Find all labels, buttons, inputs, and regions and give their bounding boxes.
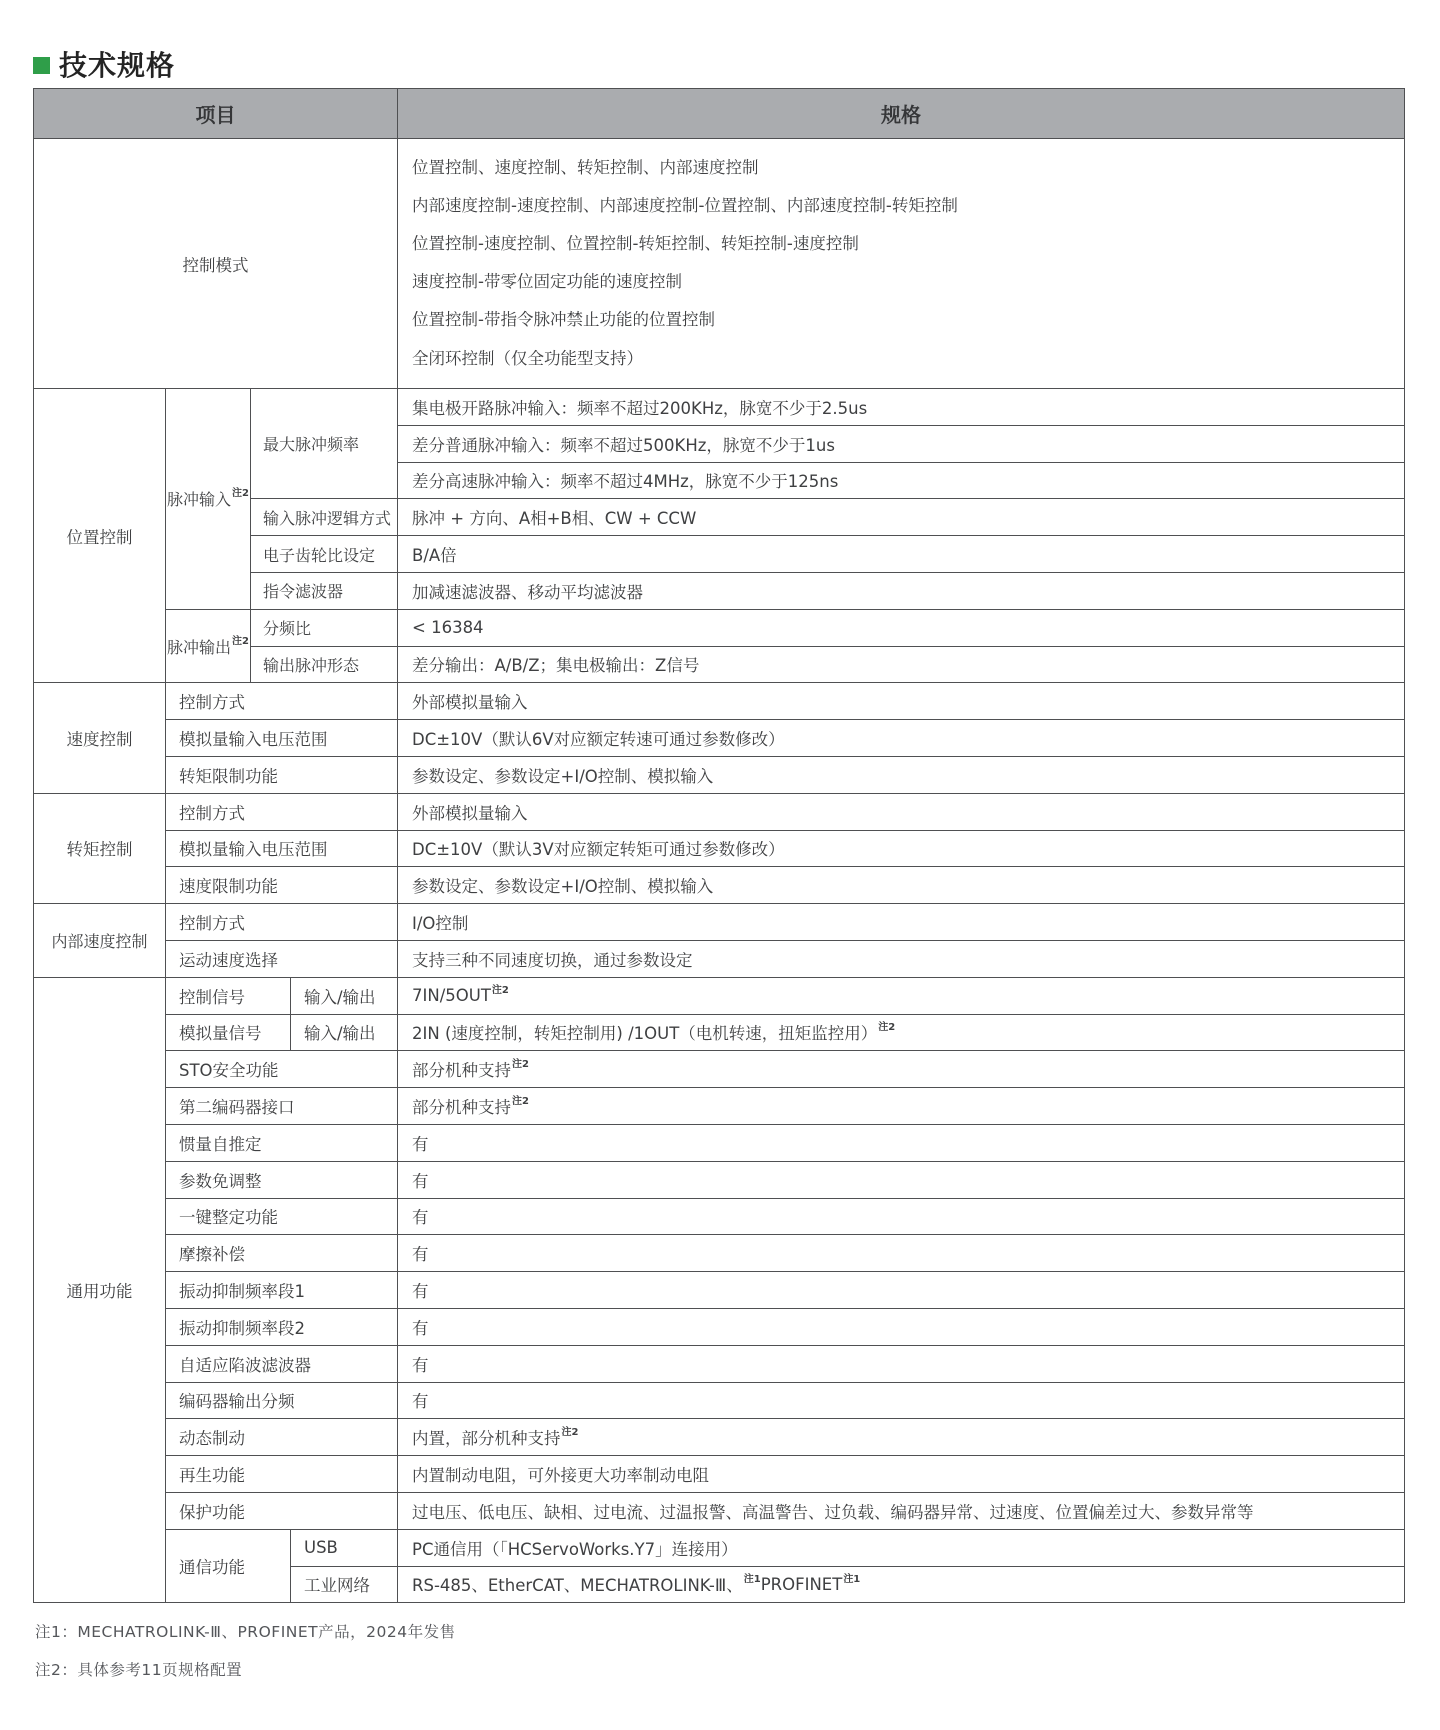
cell-text: 转矩控制 bbox=[67, 836, 133, 860]
cell-text: 部分机种支持 bbox=[412, 1057, 511, 1081]
cell-text: 外部模拟量输入 bbox=[412, 689, 528, 713]
footnote-1: 注1：MECHATROLINK-Ⅲ、PROFINET产品，2024年发售 bbox=[35, 1620, 456, 1642]
cell-text: 转矩限制功能 bbox=[179, 763, 278, 787]
cell-text: 电子齿轮比设定 bbox=[263, 543, 375, 566]
header-item: 项目 bbox=[34, 89, 398, 139]
cell-text: 分频比 bbox=[263, 616, 311, 639]
cell-text: 2IN (速度控制，转矩控制用) /1OUT（电机转速，扭矩监控用） bbox=[412, 1020, 877, 1044]
cell-text: 输入/输出 bbox=[304, 984, 376, 1008]
cell-text: 输入脉冲逻辑方式 bbox=[263, 506, 391, 529]
cell-text: 加减速滤波器、移动平均滤波器 bbox=[412, 579, 643, 603]
note2-sup: 注2 bbox=[232, 632, 249, 647]
cell-text: 工业网络 bbox=[304, 1572, 370, 1596]
general-row-value: 有 bbox=[398, 1272, 1405, 1309]
cell-text: 有 bbox=[412, 1278, 429, 1302]
speed-row-value: 外部模拟量输入 bbox=[398, 683, 1405, 720]
control-signal-value: 7IN/5OUT注2 bbox=[398, 978, 1405, 1015]
internal-speed-row-label: 运动速度选择 bbox=[166, 941, 398, 978]
cell-text: 内部速度控制 bbox=[51, 929, 147, 952]
cell-text: 有 bbox=[412, 1352, 429, 1376]
pulse-logic-value: 脉冲 + 方向、A相+B相、CW + CCW bbox=[398, 499, 1405, 536]
general-row-value: 有 bbox=[398, 1199, 1405, 1236]
cell-text: 有 bbox=[412, 1315, 429, 1339]
internal-speed-row-label: 控制方式 bbox=[166, 904, 398, 941]
control-signal-label: 控制信号 bbox=[166, 978, 291, 1015]
gear-ratio-label: 电子齿轮比设定 bbox=[251, 536, 398, 573]
cell-text: 支持三种不同速度切换，通过参数设定 bbox=[412, 947, 693, 971]
general-row-label: 一键整定功能 bbox=[166, 1199, 398, 1236]
cell-text: 参数设定、参数设定+I/O控制、模拟输入 bbox=[412, 763, 713, 787]
general-row-label: 动态制动 bbox=[166, 1419, 398, 1456]
control-mode-line: 位置控制-带指令脉冲禁止功能的位置控制 bbox=[412, 310, 1404, 331]
general-row-value: 有 bbox=[398, 1309, 1405, 1346]
cell-text: 7IN/5OUT bbox=[412, 986, 491, 1005]
torque-row-label: 控制方式 bbox=[166, 794, 398, 831]
cell-text: 过电压、低电压、缺相、过电流、过温报警、高温警告、过负载、编码器异常、过速度、位… bbox=[412, 1499, 1254, 1523]
footnotes: 注1：MECHATROLINK-Ⅲ、PROFINET产品，2024年发售 注2：… bbox=[35, 1620, 456, 1696]
cell-text: PROFINET bbox=[761, 1575, 843, 1594]
cell-text: 速度控制 bbox=[67, 726, 133, 750]
position-control-label: 位置控制 bbox=[34, 389, 166, 683]
cell-text: 控制方式 bbox=[179, 910, 245, 934]
comm-function-label: 通信功能 bbox=[166, 1530, 291, 1604]
cell-text: USB bbox=[304, 1538, 338, 1557]
io-label: 输入/输出 bbox=[291, 1015, 398, 1052]
speed-row-value: DC±10V（默认6V对应额定转速可通过参数修改） bbox=[398, 720, 1405, 757]
cell-text: DC±10V（默认3V对应额定转矩可通过参数修改） bbox=[412, 836, 785, 860]
cell-text: 控制方式 bbox=[179, 800, 245, 824]
cell-text: 内置制动电阻，可外接更大功率制动电阻 bbox=[412, 1462, 709, 1486]
cell-text: 模拟量信号 bbox=[179, 1020, 262, 1044]
cell-text: 输出脉冲形态 bbox=[263, 653, 359, 676]
cell-text: 脉冲输出 bbox=[167, 635, 231, 658]
general-row-label: STO安全功能 bbox=[166, 1051, 398, 1088]
cell-text: 集电极开路脉冲输入：频率不超过200KHz，脉宽不少于2.5us bbox=[412, 395, 867, 419]
general-row-label: 参数免调整 bbox=[166, 1162, 398, 1199]
torque-control-label: 转矩控制 bbox=[34, 794, 166, 904]
gear-ratio-value: B/A倍 bbox=[398, 536, 1405, 573]
note1-sup: 注1 bbox=[744, 1570, 761, 1585]
internal-speed-row-value: 支持三种不同速度切换，通过参数设定 bbox=[398, 941, 1405, 978]
freq-value-row: 差分高速脉冲输入：频率不超过4MHz，脉宽不少于125ns bbox=[398, 463, 1405, 500]
cell-text: 动态制动 bbox=[179, 1425, 245, 1449]
cell-text: 模拟量输入电压范围 bbox=[179, 836, 328, 860]
cell-text: 一键整定功能 bbox=[179, 1204, 278, 1228]
speed-row-label: 模拟量输入电压范围 bbox=[166, 720, 398, 757]
output-pulse-form-value: 差分输出：A/B/Z；集电极输出：Z信号 bbox=[398, 647, 1405, 684]
page-title: 技术规格 bbox=[59, 44, 175, 84]
general-row-value: 有 bbox=[398, 1383, 1405, 1420]
spec-page: 技术规格 项目 规格 控制模式 位置控制、速度控制、转矩控制、内部速度控制 内部… bbox=[0, 0, 1440, 1730]
pulse-logic-label: 输入脉冲逻辑方式 bbox=[251, 499, 398, 536]
command-filter-value: 加减速滤波器、移动平均滤波器 bbox=[398, 573, 1405, 610]
general-row-value: 内置，部分机种支持注2 bbox=[398, 1419, 1405, 1456]
cell-text: 有 bbox=[412, 1241, 429, 1265]
control-mode-label: 控制模式 bbox=[34, 139, 398, 389]
general-row-value: 过电压、低电压、缺相、过电流、过温报警、高温警告、过负载、编码器异常、过速度、位… bbox=[398, 1493, 1405, 1530]
general-row-value: 内置制动电阻，可外接更大功率制动电阻 bbox=[398, 1456, 1405, 1493]
speed-row-label: 控制方式 bbox=[166, 683, 398, 720]
general-row-value: 有 bbox=[398, 1346, 1405, 1383]
speed-control-label: 速度控制 bbox=[34, 683, 166, 793]
general-row-value: 有 bbox=[398, 1125, 1405, 1162]
cell-text: 位置控制 bbox=[67, 524, 133, 548]
cell-text: 参数设定、参数设定+I/O控制、模拟输入 bbox=[412, 873, 713, 897]
cell-text: 脉冲输入 bbox=[167, 487, 231, 510]
note2-sup: 注2 bbox=[512, 1092, 529, 1107]
usb-value: PC通信用（「HCServoWorks.Y7」连接用） bbox=[398, 1530, 1405, 1567]
cell-text: 控制信号 bbox=[179, 984, 245, 1008]
cell-text: 通用功能 bbox=[67, 1278, 133, 1302]
cell-text: 控制方式 bbox=[179, 689, 245, 713]
general-row-label: 振动抑制频率段1 bbox=[166, 1272, 398, 1309]
header-item-text: 项目 bbox=[196, 99, 236, 128]
max-pulse-freq-label: 最大脉冲频率 bbox=[251, 389, 398, 499]
general-row-label: 编码器输出分频 bbox=[166, 1383, 398, 1420]
analog-signal-value: 2IN (速度控制，转矩控制用) /1OUT（电机转速，扭矩监控用）注2 bbox=[398, 1015, 1405, 1052]
speed-row-value: 参数设定、参数设定+I/O控制、模拟输入 bbox=[398, 757, 1405, 794]
note2-sup: 注2 bbox=[492, 981, 509, 996]
header-spec: 规格 bbox=[398, 89, 1405, 139]
torque-row-value: DC±10V（默认3V对应额定转矩可通过参数修改） bbox=[398, 831, 1405, 868]
cell-text: RS-485、EtherCAT、MECHATROLINK-Ⅲ、 bbox=[412, 1572, 743, 1596]
pulse-output-label: 脉冲输出注2 bbox=[166, 610, 251, 684]
cell-text: 有 bbox=[412, 1168, 429, 1192]
cell-text: 再生功能 bbox=[179, 1462, 245, 1486]
command-filter-label: 指令滤波器 bbox=[251, 573, 398, 610]
internal-speed-row-value: I/O控制 bbox=[398, 904, 1405, 941]
division-ratio-label: 分频比 bbox=[251, 610, 398, 647]
footnote-2: 注2：具体参考11页规格配置 bbox=[35, 1658, 456, 1680]
cell-text: 编码器输出分频 bbox=[179, 1388, 295, 1412]
industrial-net-label: 工业网络 bbox=[291, 1567, 398, 1604]
control-mode-line: 位置控制-速度控制、位置控制-转矩控制、转矩控制-速度控制 bbox=[412, 234, 1404, 255]
cell-text: 有 bbox=[412, 1204, 429, 1228]
torque-row-label: 模拟量输入电压范围 bbox=[166, 831, 398, 868]
general-row-label: 再生功能 bbox=[166, 1456, 398, 1493]
cell-text: 惯量自推定 bbox=[179, 1131, 262, 1155]
cell-text: I/O控制 bbox=[412, 910, 468, 934]
torque-row-label: 速度限制功能 bbox=[166, 867, 398, 904]
cell-text: 通信功能 bbox=[179, 1554, 245, 1578]
general-row-label: 惯量自推定 bbox=[166, 1125, 398, 1162]
cell-text: 最大脉冲频率 bbox=[263, 432, 359, 455]
general-row-label: 摩擦补偿 bbox=[166, 1235, 398, 1272]
cell-text: 第二编码器接口 bbox=[179, 1094, 295, 1118]
cell-text: 差分普通脉冲输入：频率不超过500KHz，脉宽不少于1us bbox=[412, 432, 835, 456]
cell-text: 摩擦补偿 bbox=[179, 1241, 245, 1265]
cell-text: PC通信用（「HCServoWorks.Y7」连接用） bbox=[412, 1536, 738, 1560]
cell-text: 有 bbox=[412, 1131, 429, 1155]
general-row-value: 部分机种支持注2 bbox=[398, 1088, 1405, 1125]
general-functions-label: 通用功能 bbox=[34, 978, 166, 1604]
cell-text: 参数免调整 bbox=[179, 1168, 262, 1192]
cell-text: 外部模拟量输入 bbox=[412, 800, 528, 824]
analog-signal-label: 模拟量信号 bbox=[166, 1015, 291, 1052]
cell-text: 差分高速脉冲输入：频率不超过4MHz，脉宽不少于125ns bbox=[412, 468, 838, 492]
general-row-label: 自适应陷波滤波器 bbox=[166, 1346, 398, 1383]
spec-table: 项目 规格 控制模式 位置控制、速度控制、转矩控制、内部速度控制 内部速度控制-… bbox=[33, 88, 1405, 1603]
division-ratio-value: < 16384 bbox=[398, 610, 1405, 647]
cell-text: 部分机种支持 bbox=[412, 1094, 511, 1118]
control-mode-line: 速度控制-带零位固定功能的速度控制 bbox=[412, 272, 1404, 293]
cell-text: 运动速度选择 bbox=[179, 947, 278, 971]
speed-row-label: 转矩限制功能 bbox=[166, 757, 398, 794]
cell-text: 保护功能 bbox=[179, 1499, 245, 1523]
cell-text: B/A倍 bbox=[412, 542, 457, 566]
general-row-value: 有 bbox=[398, 1162, 1405, 1199]
freq-value-row: 集电极开路脉冲输入：频率不超过200KHz，脉宽不少于2.5us bbox=[398, 389, 1405, 426]
cell-text: 速度限制功能 bbox=[179, 873, 278, 897]
section-bullet-icon bbox=[33, 57, 50, 74]
cell-text: 内置，部分机种支持 bbox=[412, 1425, 561, 1449]
cell-text: DC±10V（默认6V对应额定转速可通过参数修改） bbox=[412, 726, 785, 750]
general-row-value: 有 bbox=[398, 1235, 1405, 1272]
io-label: 输入/输出 bbox=[291, 978, 398, 1015]
cell-text: 脉冲 + 方向、A相+B相、CW + CCW bbox=[412, 505, 696, 529]
output-pulse-form-label: 输出脉冲形态 bbox=[251, 647, 398, 684]
cell-text: 输入/输出 bbox=[304, 1020, 376, 1044]
cell-text: 振动抑制频率段2 bbox=[179, 1315, 305, 1339]
usb-label: USB bbox=[291, 1530, 398, 1567]
note2-sup: 注2 bbox=[562, 1423, 579, 1438]
general-row-label: 第二编码器接口 bbox=[166, 1088, 398, 1125]
cell-text: 模拟量输入电压范围 bbox=[179, 726, 328, 750]
cell-text: STO安全功能 bbox=[179, 1057, 279, 1081]
internal-speed-label: 内部速度控制 bbox=[34, 904, 166, 978]
cell-text: 差分输出：A/B/Z；集电极输出：Z信号 bbox=[412, 652, 699, 676]
note2-sup: 注2 bbox=[878, 1018, 895, 1033]
general-row-label: 振动抑制频率段2 bbox=[166, 1309, 398, 1346]
cell-text: 指令滤波器 bbox=[263, 579, 343, 602]
industrial-net-value: RS-485、EtherCAT、MECHATROLINK-Ⅲ、注1PROFINE… bbox=[398, 1567, 1405, 1604]
freq-value-row: 差分普通脉冲输入：频率不超过500KHz，脉宽不少于1us bbox=[398, 426, 1405, 463]
section-title: 技术规格 bbox=[33, 44, 175, 84]
note2-sup: 注2 bbox=[232, 484, 249, 499]
pulse-input-label: 脉冲输入注2 bbox=[166, 389, 251, 610]
cell-text: 自适应陷波滤波器 bbox=[179, 1352, 311, 1376]
note1-sup: 注1 bbox=[843, 1570, 860, 1585]
cell-text: < 16384 bbox=[412, 618, 484, 637]
cell-text: 振动抑制频率段1 bbox=[179, 1278, 305, 1302]
cell-text: 控制模式 bbox=[183, 252, 249, 276]
control-mode-values: 位置控制、速度控制、转矩控制、内部速度控制 内部速度控制-速度控制、内部速度控制… bbox=[398, 139, 1405, 389]
torque-row-value: 外部模拟量输入 bbox=[398, 794, 1405, 831]
torque-row-value: 参数设定、参数设定+I/O控制、模拟输入 bbox=[398, 867, 1405, 904]
header-spec-text: 规格 bbox=[881, 99, 921, 128]
general-row-value: 部分机种支持注2 bbox=[398, 1051, 1405, 1088]
control-mode-line: 全闭环控制（仅全功能型支持） bbox=[412, 349, 1404, 370]
note2-sup: 注2 bbox=[512, 1055, 529, 1070]
cell-text: 有 bbox=[412, 1388, 429, 1412]
control-mode-line: 内部速度控制-速度控制、内部速度控制-位置控制、内部速度控制-转矩控制 bbox=[412, 196, 1404, 217]
general-row-label: 保护功能 bbox=[166, 1493, 398, 1530]
control-mode-line: 位置控制、速度控制、转矩控制、内部速度控制 bbox=[412, 158, 1404, 179]
